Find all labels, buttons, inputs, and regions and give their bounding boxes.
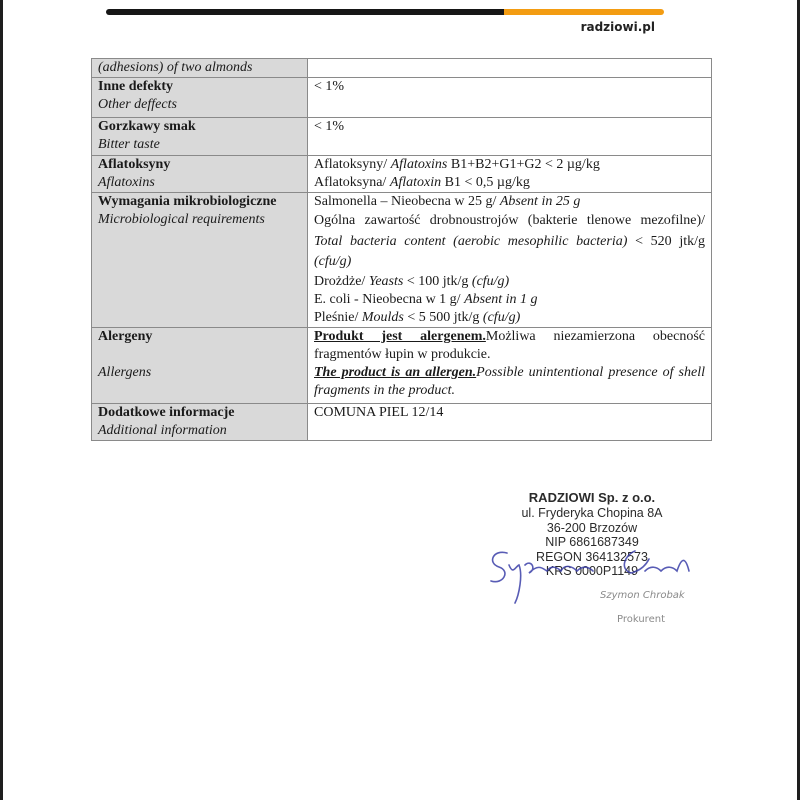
label-en: Aflatoxins (98, 174, 301, 192)
stamp-street: ul. Fryderyka Chopina 8A (482, 506, 702, 521)
row-value: COMUNA PIEL 12/14 (308, 404, 712, 441)
row-label: Alergeny Allergens (92, 328, 308, 404)
aflatoxin-b1: Aflatoksyna/ Aflatoxin B1 < 0,5 µg/kg (314, 174, 705, 192)
table-row: Alergeny Allergens Produkt jest alergene… (92, 328, 712, 404)
signer-name: Szymon Chrobak (600, 590, 685, 601)
row-label: Gorzkawy smak Bitter taste (92, 118, 308, 156)
row-label: Aflatoksyny Aflatoxins (92, 156, 308, 193)
allergen-en: The product is an allergen.Possible unin… (314, 364, 705, 400)
label-en: Bitter taste (98, 136, 301, 154)
table-row: Gorzkawy smak Bitter taste < 1% (92, 118, 712, 156)
stamp-company: RADZIOWI Sp. z o.o. (482, 490, 702, 506)
table-row: Inne defekty Other deffects < 1% (92, 78, 712, 118)
page-edge-left (0, 0, 3, 800)
total-bacteria: Ogólna zawartość drobnoustrojów (bakteri… (314, 211, 705, 273)
ecoli: E. coli - Nieobecna w 1 g/ Absent in 1 g (314, 291, 705, 309)
signer-role: Prokurent (617, 614, 665, 625)
label-pl: Inne defekty (98, 78, 301, 96)
label-en: Microbiological requirements (98, 211, 301, 229)
table-row: Aflatoksyny Aflatoxins Aflatoksyny/ Afla… (92, 156, 712, 193)
header-bar (106, 9, 664, 15)
label-en: Additional information (98, 422, 301, 440)
header-bar-accent (504, 9, 664, 15)
moulds: Pleśnie/ Moulds < 5 500 jtk/g (cfu/g) (314, 309, 705, 327)
salmonella: Salmonella – Nieobecna w 25 g/ Absent in… (314, 193, 705, 211)
table-row: (adhesions) of two almonds (92, 59, 712, 78)
allergen-pl: Produkt jest alergenem.Możliwa niezamier… (314, 328, 705, 364)
label-pl: Wymagania mikrobiologiczne (98, 193, 301, 211)
row-label: Inne defekty Other deffects (92, 78, 308, 118)
row-value: Aflatoksyny/ Aflatoxins B1+B2+G1+G2 < 2 … (308, 156, 712, 193)
label-pl: Aflatoksyny (98, 156, 301, 174)
brand-logo: radziowi.pl (560, 20, 655, 34)
header-bar-dark (106, 9, 504, 15)
row-value: < 1% (308, 118, 712, 156)
label-pl: Alergeny (98, 328, 301, 346)
yeasts: Drożdże/ Yeasts < 100 jtk/g (cfu/g) (314, 273, 705, 291)
stamp-city: 36-200 Brzozów (482, 521, 702, 536)
table-row: Wymagania mikrobiologiczne Microbiologic… (92, 193, 712, 328)
aflatoxins-total: Aflatoksyny/ Aflatoxins B1+B2+G1+G2 < 2 … (314, 156, 705, 174)
row-value: < 1% (308, 78, 712, 118)
row-label: Wymagania mikrobiologiczne Microbiologic… (92, 193, 308, 328)
label-pl: Dodatkowe informacje (98, 404, 301, 422)
row-value: Produkt jest alergenem.Możliwa niezamier… (308, 328, 712, 404)
label-en: Allergens (98, 364, 301, 382)
row-value: Salmonella – Nieobecna w 25 g/ Absent in… (308, 193, 712, 328)
label-pl: Gorzkawy smak (98, 118, 301, 136)
table-row: Dodatkowe informacje Additional informat… (92, 404, 712, 441)
row-label: (adhesions) of two almonds (92, 59, 308, 78)
specification-table: (adhesions) of two almonds Inne defekty … (91, 58, 712, 441)
label-en: Other deffects (98, 96, 301, 114)
row-label: Dodatkowe informacje Additional informat… (92, 404, 308, 441)
row-value (308, 59, 712, 78)
